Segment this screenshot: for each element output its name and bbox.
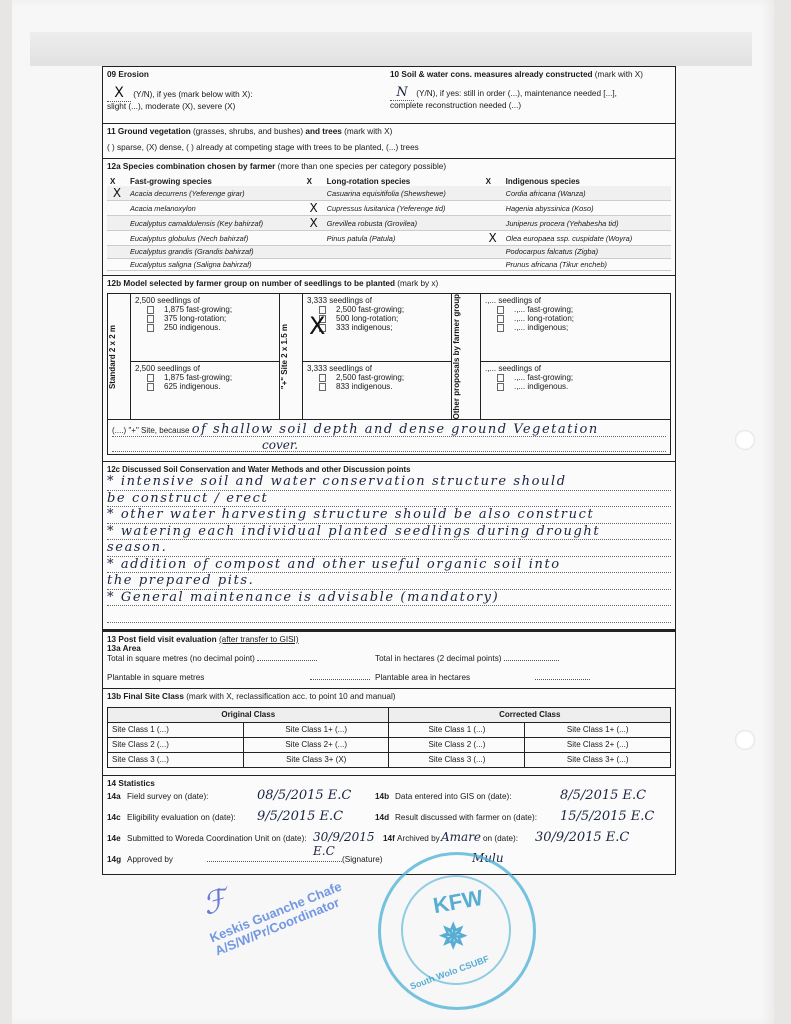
std-b-head: 2,500 seedlings of xyxy=(135,364,275,373)
site-class-row: Site Class 2 (...)Site Class 2+ (...)Sit… xyxy=(108,737,671,752)
vegetation-title-trees: and trees xyxy=(305,127,341,136)
discussion-line[interactable] xyxy=(107,606,671,623)
plantable-sqm-label: Plantable in square metres xyxy=(107,673,310,682)
section-12b-model: 12b Model selected by farmer group on nu… xyxy=(103,276,675,462)
other-b-head: .,... seedlings of xyxy=(485,364,666,373)
submitted-label: Submitted to Woreda Coordination Unit on… xyxy=(127,834,313,843)
species-mark-cell[interactable] xyxy=(304,186,324,201)
species-column-header: Fast-growing species xyxy=(127,177,304,186)
model-plus-b[interactable]: 3,333 seedlings of2,500 fast-growing;833… xyxy=(303,362,452,420)
plantable-sqm-field[interactable] xyxy=(310,679,370,680)
site-class-title: 13b Final Site Class xyxy=(107,692,184,701)
discussion-line[interactable]: season. xyxy=(107,540,671,557)
species-mark-cell[interactable]: X xyxy=(107,186,127,201)
evaluation-note: (after transfer to GISI) xyxy=(219,635,299,644)
site-class-option[interactable]: Site Class 3+ (...) xyxy=(525,752,671,767)
seedling-option-label: 1,875 fast-growing; xyxy=(164,373,232,382)
because-line2: cover. xyxy=(262,438,298,452)
vegetation-note: (mark with X) xyxy=(344,127,392,136)
seedling-option-label: 333 indigenous; xyxy=(336,323,393,332)
checkbox-icon[interactable] xyxy=(497,374,504,382)
section-12a-species: 12a Species combination chosen by farmer… xyxy=(103,159,675,276)
seedling-option-label: 625 indigenous. xyxy=(164,382,221,391)
checkbox-icon[interactable] xyxy=(497,383,504,391)
stat-14d-num: 14d xyxy=(375,813,395,822)
checkbox-icon[interactable] xyxy=(147,306,154,314)
checkbox-icon[interactable] xyxy=(497,315,504,323)
discussion-line[interactable]: * addition of compost and other useful o… xyxy=(107,557,671,574)
site-class-option[interactable]: Site Class 2 (...) xyxy=(389,737,525,752)
soil-water-yn-value[interactable]: N xyxy=(396,85,407,100)
model-note: (mark by x) xyxy=(397,279,438,288)
approved-by-label: Approved by xyxy=(127,855,207,864)
erosion-title: 09 Erosion xyxy=(107,70,388,79)
seedling-option[interactable]: 500 long-rotation; xyxy=(307,314,447,323)
seedling-option-label: .,... indigenous; xyxy=(514,323,568,332)
field-survey-label: Field survey on (date): xyxy=(127,792,257,801)
archived-by-name[interactable]: Amare xyxy=(441,830,483,844)
model-table: Standard 2 x 2 m 2,500 seedlings of1,875… xyxy=(107,293,671,455)
stat-14b-num: 14b xyxy=(375,792,395,801)
discussion-line[interactable]: * other water harvesting structure shoul… xyxy=(107,507,671,524)
seedling-option-label: 250 indigenous. xyxy=(164,323,221,332)
species-mark-cell[interactable] xyxy=(304,231,324,246)
stamp-star-icon: ✵ xyxy=(439,917,468,957)
site-class-note: (mark with X, reclassification acc. to p… xyxy=(186,692,395,701)
site-class-option[interactable]: Site Class 1+ (...) xyxy=(243,722,389,737)
species-name xyxy=(324,258,483,271)
species-name: Pinus patula (Patula) xyxy=(324,231,483,246)
species-note: (more than one species per category poss… xyxy=(278,162,446,171)
site-class-option[interactable]: Site Class 1+ (...) xyxy=(525,722,671,737)
seedling-option-label: 375 long-rotation; xyxy=(164,314,226,323)
seedling-option[interactable]: .,... indigenous; xyxy=(485,323,666,332)
checkbox-icon[interactable] xyxy=(319,374,326,382)
plus-b-head: 3,333 seedlings of xyxy=(307,364,447,373)
standard-label: Standard 2 x 2 m xyxy=(108,325,117,389)
site-class-option[interactable]: Site Class 2+ (...) xyxy=(525,737,671,752)
mark-column-header: X xyxy=(304,177,324,186)
because-line1: of shallow soil depth and dense ground V… xyxy=(192,422,599,437)
checkbox-icon[interactable] xyxy=(147,315,154,323)
species-name: Eucalyptus saligna (Saligna bahirzaf) xyxy=(127,258,304,271)
mark-column-header: X xyxy=(107,177,127,186)
seedling-option-label: 1,875 fast-growing; xyxy=(164,305,232,314)
area-total-ha-label: Total in hectares (2 decimal points) xyxy=(375,654,502,663)
site-class-option[interactable]: Site Class 1 (...) xyxy=(108,722,244,737)
species-name: Casuarina equisitifolia (Shewshewe) xyxy=(324,186,483,201)
species-name: Hagenia abyssinica (Koso) xyxy=(503,201,671,216)
evaluation-title: 13 Post field visit evaluation xyxy=(107,635,217,644)
site-class-option[interactable]: Site Class 3 (...) xyxy=(389,752,525,767)
seedling-option[interactable]: 625 indigenous. xyxy=(135,382,275,391)
seedling-option[interactable]: 2,500 fast-growing; xyxy=(307,373,447,382)
seedling-option[interactable]: 250 indigenous. xyxy=(135,323,275,332)
checkbox-icon[interactable] xyxy=(319,383,326,391)
species-name: Grevillea robusta (Grovilea) xyxy=(324,216,483,231)
discussion-line[interactable]: the prepared pits. xyxy=(107,573,671,590)
plantable-ha-label: Plantable area in hectares xyxy=(375,673,535,682)
area-total-sqm-field[interactable] xyxy=(257,660,317,661)
checkbox-icon[interactable] xyxy=(497,324,504,332)
discussion-title: 12c Discussed Soil Conservation and Wate… xyxy=(107,465,671,474)
other-a-head: .,... seedlings of xyxy=(485,296,666,305)
seedling-option-label: 2,500 fast-growing; xyxy=(336,373,404,382)
erosion-yn-label: (Y/N), if yes (mark below with X): xyxy=(133,90,252,99)
species-mark-cell[interactable] xyxy=(107,201,127,216)
site-class-table: Original ClassCorrected Class Site Class… xyxy=(107,707,671,768)
checkbox-icon[interactable] xyxy=(147,383,154,391)
species-name: Juniperus procera (Yehabesha tid) xyxy=(503,216,671,231)
discussion-line[interactable]: * intensive soil and water conservation … xyxy=(107,474,671,491)
punch-hole xyxy=(735,730,755,750)
signature-field[interactable] xyxy=(207,861,342,862)
species-name: Cordia africana (Wanza) xyxy=(503,186,671,201)
species-mark-cell[interactable] xyxy=(483,246,503,259)
discussion-line[interactable]: * General maintenance is advisable (mand… xyxy=(107,590,671,607)
species-row: XAcacia decurrens (Yeferenge girar)Casua… xyxy=(107,186,671,201)
site-class-row: Site Class 3 (...)Site Class 3+ (X)Site … xyxy=(108,752,671,767)
seedling-option[interactable]: 2,500 fast-growing; xyxy=(307,305,447,314)
species-table: XFast-growing speciesXLong-rotation spec… xyxy=(107,177,671,271)
area-title: 13a Area xyxy=(107,644,671,653)
model-plus-a[interactable]: 3,333 seedlings of2,500 fast-growing;500… xyxy=(303,294,452,362)
model-other-a[interactable]: .,... seedlings of.,... fast-growing;.,.… xyxy=(481,294,671,362)
field-form: 09 Erosion X (Y/N), if yes (mark below w… xyxy=(102,66,676,875)
species-mark-cell[interactable]: X xyxy=(304,201,324,216)
site-class-option[interactable]: Site Class 2 (...) xyxy=(108,737,244,752)
species-name: Acacia melanoxylon xyxy=(127,201,304,216)
discussion-line[interactable]: be construct / erect xyxy=(107,491,671,508)
species-name xyxy=(324,246,483,259)
stat-14a-num: 14a xyxy=(107,792,127,801)
statistics-title: 14 Statistics xyxy=(107,779,671,788)
seedling-option-label: .,... long-rotation; xyxy=(514,314,574,323)
seedling-option[interactable]: 333 indigenous; xyxy=(307,323,447,332)
plus-a-mark: X xyxy=(309,312,325,340)
result-discussed-label: Result discussed with farmer on (date): xyxy=(395,813,560,822)
species-row: Eucalyptus grandis (Grandis bahirzaf)Pod… xyxy=(107,246,671,259)
species-mark-cell[interactable] xyxy=(483,201,503,216)
seedling-option-label: 500 long-rotation; xyxy=(336,314,398,323)
vegetation-title-mid: (grasses, shrubs, and bushes) xyxy=(193,127,303,136)
soil-water-line2: complete reconstruction needed (...) xyxy=(390,101,671,110)
species-mark-cell[interactable] xyxy=(483,258,503,271)
corrected-class-header: Corrected Class xyxy=(389,707,671,722)
seedling-option[interactable]: .,... long-rotation; xyxy=(485,314,666,323)
plus-site-label: "+" Site 2 x 1.5 m xyxy=(280,324,289,389)
stat-14g-num: 14g xyxy=(107,855,127,864)
punch-hole xyxy=(735,430,755,450)
scan-shadow xyxy=(30,32,752,66)
model-standard-b[interactable]: 2,500 seedlings of1,875 fast-growing;625… xyxy=(131,362,280,420)
result-discussed-date[interactable]: 15/5/2015 E.C xyxy=(560,809,654,824)
seedling-option-label: .,... fast-growing; xyxy=(514,305,573,314)
erosion-yn-value[interactable]: X xyxy=(114,85,124,101)
other-proposals-label: Other proposals by farmer group xyxy=(452,294,480,419)
seedling-option[interactable]: 1,875 fast-growing; xyxy=(135,305,275,314)
species-mark-cell[interactable] xyxy=(483,186,503,201)
stat-14f-num: 14f xyxy=(383,834,397,843)
seedling-option-label: 833 indigenous. xyxy=(336,382,393,391)
archived-by-label: Archived by xyxy=(397,834,441,843)
species-name: Eucalyptus grandis (Grandis bahirzaf) xyxy=(127,246,304,259)
model-title: 12b Model selected by farmer group on nu… xyxy=(107,279,395,288)
species-name: Eucalyptus camaldulensis (Key bahirzaf) xyxy=(127,216,304,231)
species-name: Prunus africana (Tikur encheb) xyxy=(503,258,671,271)
area-total-sqm-label: Total in square metres (no decimal point… xyxy=(107,654,255,663)
checkbox-icon[interactable] xyxy=(147,374,154,382)
species-mark-cell[interactable] xyxy=(107,246,127,259)
soil-water-note: (mark with X) xyxy=(595,70,643,79)
section-erosion-soil: 09 Erosion X (Y/N), if yes (mark below w… xyxy=(103,67,675,124)
section-11-vegetation: 11 Ground vegetation (grasses, shrubs, a… xyxy=(103,124,675,159)
seedling-option-label: .,... indigenous. xyxy=(514,382,568,391)
species-mark-cell[interactable] xyxy=(107,231,127,246)
site-class-option[interactable]: Site Class 3 (...) xyxy=(108,752,244,767)
species-column-header: Long-rotation species xyxy=(324,177,483,186)
discussion-line[interactable]: * watering each individual planted seedl… xyxy=(107,524,671,541)
stat-14e-num: 14e xyxy=(107,834,127,843)
species-name: Olea europaea ssp. cuspidate (Woyra) xyxy=(503,231,671,246)
seedling-option[interactable]: .,... fast-growing; xyxy=(485,373,666,382)
species-name: Acacia decurrens (Yeferenge girar) xyxy=(127,186,304,201)
site-class-row: Site Class 1 (...)Site Class 1+ (...)Sit… xyxy=(108,722,671,737)
archived-date-label: on (date): xyxy=(483,834,535,843)
site-class-option[interactable]: Site Class 2+ (...) xyxy=(243,737,389,752)
section-14-statistics: 14 Statistics 14a Field survey on (date)… xyxy=(103,776,675,874)
seedling-option[interactable]: .,... fast-growing; xyxy=(485,305,666,314)
mark-column-header: X xyxy=(483,177,503,186)
area-total-ha-field[interactable] xyxy=(504,660,559,661)
species-row: Eucalyptus globulus (Nech bahirzaf)Pinus… xyxy=(107,231,671,246)
plantable-ha-field[interactable] xyxy=(535,679,590,680)
species-name: Podocarpus falcatus (Zigba) xyxy=(503,246,671,259)
field-survey-date[interactable]: 08/5/2015 E.C xyxy=(257,788,375,803)
gis-entry-label: Data entered into GIS on (date): xyxy=(395,792,560,801)
species-mark-cell[interactable] xyxy=(304,258,324,271)
species-row: Eucalyptus saligna (Saligna bahirzaf)Pru… xyxy=(107,258,671,271)
species-mark-cell[interactable] xyxy=(483,216,503,231)
vegetation-options[interactable]: ( ) sparse, (X) dense, ( ) already at co… xyxy=(107,143,671,152)
species-mark-cell[interactable] xyxy=(107,258,127,271)
species-name: Cupressus lusitanica (Yeferenge tid) xyxy=(324,201,483,216)
eligibility-label: Eligibility evaluation on (date): xyxy=(127,813,257,822)
model-other-b[interactable]: .,... seedlings of.,... fast-growing;.,.… xyxy=(481,362,671,420)
checkbox-icon[interactable] xyxy=(497,306,504,314)
species-mark-cell[interactable]: X xyxy=(304,216,324,231)
seedling-option-label: 2,500 fast-growing; xyxy=(336,305,404,314)
plus-site-reason[interactable]: (....) "+" Site, because of shallow soil… xyxy=(108,420,671,455)
species-mark-cell[interactable] xyxy=(107,216,127,231)
original-class-header: Original Class xyxy=(108,707,389,722)
section-10-soil-water: 10 Soil & water cons. measures already c… xyxy=(388,70,671,111)
erosion-severity[interactable]: slight (...), moderate (X), severe (X) xyxy=(107,102,388,111)
gis-entry-date[interactable]: 8/5/2015 E.C xyxy=(560,788,646,803)
species-row: Acacia melanoxylonXCupressus lusitanica … xyxy=(107,201,671,216)
because-label: (....) "+" Site, because xyxy=(112,426,190,435)
species-mark-cell[interactable] xyxy=(304,246,324,259)
plus-a-head: 3,333 seedlings of xyxy=(307,296,447,305)
stat-14c-num: 14c xyxy=(107,813,127,822)
site-class-option[interactable]: Site Class 1 (...) xyxy=(389,722,525,737)
seedling-option[interactable]: 833 indigenous. xyxy=(307,382,447,391)
section-12c-discussion: 12c Discussed Soil Conservation and Wate… xyxy=(103,462,675,632)
seedling-option[interactable]: 1,875 fast-growing; xyxy=(135,373,275,382)
soil-water-line1: (Y/N), if yes: still in order (...), mai… xyxy=(416,89,617,98)
species-column-header: Indigenous species xyxy=(503,177,671,186)
checkbox-icon[interactable] xyxy=(147,324,154,332)
discussion-lines[interactable]: * intensive soil and water conservation … xyxy=(107,474,671,623)
seedling-option[interactable]: 375 long-rotation; xyxy=(135,314,275,323)
section-13b-site-class: 13b Final Site Class (mark with X, recla… xyxy=(103,689,675,776)
vegetation-title: 11 Ground vegetation xyxy=(107,127,191,136)
std-a-head: 2,500 seedlings of xyxy=(135,296,275,305)
section-09-erosion: 09 Erosion X (Y/N), if yes (mark below w… xyxy=(107,70,388,111)
seedling-option-label: .,... fast-growing; xyxy=(514,373,573,382)
species-mark-cell[interactable]: X xyxy=(483,231,503,246)
species-title: 12a Species combination chosen by farmer xyxy=(107,162,275,171)
species-name: Eucalyptus globulus (Nech bahirzaf) xyxy=(127,231,304,246)
site-class-option[interactable]: Site Class 3+ (X) xyxy=(243,752,389,767)
eligibility-date[interactable]: 9/5/2015 E.C xyxy=(257,809,375,824)
seedling-option[interactable]: .,... indigenous. xyxy=(485,382,666,391)
soil-water-title: 10 Soil & water cons. measures already c… xyxy=(390,70,593,79)
species-row: Eucalyptus camaldulensis (Key bahirzaf)X… xyxy=(107,216,671,231)
model-standard-a[interactable]: 2,500 seedlings of1,875 fast-growing;375… xyxy=(131,294,280,362)
section-13-evaluation: 13 Post field visit evaluation (after tr… xyxy=(103,632,675,689)
round-stamp: KFW ✵ South Wolo CSUBF xyxy=(378,852,536,1010)
archived-date[interactable]: 30/9/2015 E.C xyxy=(535,830,629,845)
